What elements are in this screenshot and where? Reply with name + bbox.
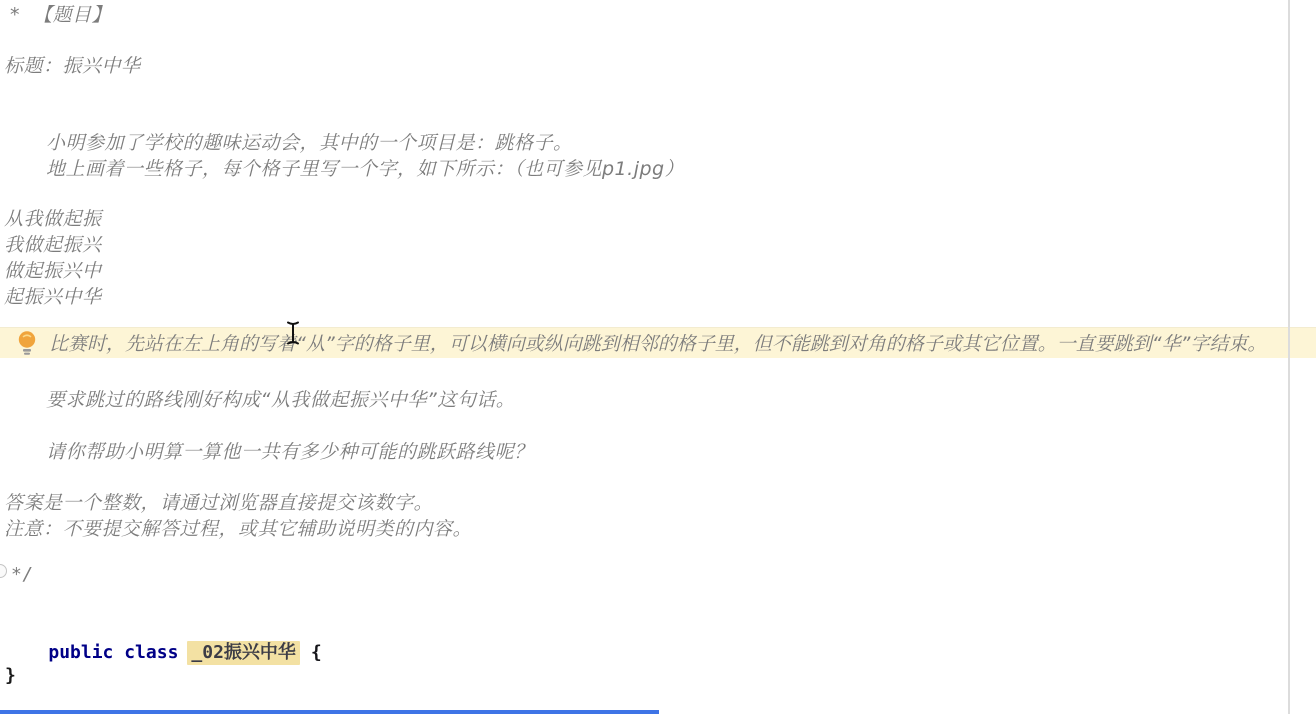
grid-row-2: 我做起振兴 xyxy=(4,233,102,257)
right-margin-guide xyxy=(1288,0,1290,714)
open-brace: { xyxy=(311,642,322,663)
comment-title-line: 标题：振兴中华 xyxy=(4,54,141,78)
class-declaration-line[interactable]: public class_02振兴中华{ xyxy=(5,617,322,685)
intention-bulb-icon[interactable] xyxy=(17,330,37,357)
comment-intro-line-2: 地上画着一些格子，每个格子里写一个字，如下所示：（也可参见p1.jpg） xyxy=(46,157,684,181)
comment-close-line: */ xyxy=(11,563,34,587)
comment-question-line: 请你帮助小明算一算他一共有多少种可能的跳跃路线呢？ xyxy=(46,440,534,464)
text-ibeam-cursor xyxy=(286,321,300,345)
code-editor-surface[interactable]: * 【题目】 标题：振兴中华 小明参加了学校的趣味运动会，其中的一个项目是：跳格… xyxy=(0,0,1316,714)
class-name-identifier: _02振兴中华 xyxy=(187,641,300,665)
progress-bar[interactable] xyxy=(0,710,659,714)
grid-row-1: 从我做起振 xyxy=(4,207,102,231)
folding-marker-icon[interactable] xyxy=(0,564,7,578)
comment-intro-line-1: 小明参加了学校的趣味运动会，其中的一个项目是：跳格子。 xyxy=(46,131,573,155)
comment-header-line: * 【题目】 xyxy=(10,3,111,27)
comment-rule-line: 比赛时，先站在左上角的写着“从”字的格子里，可以横向或纵向跳到相邻的格子里，但不… xyxy=(49,332,1266,356)
comment-note-line-2: 注意：不要提交解答过程，或其它辅助说明类的内容。 xyxy=(4,517,472,541)
grid-row-3: 做起振兴中 xyxy=(4,259,102,283)
keyword-public-class: public class xyxy=(48,642,178,663)
comment-note-line-1: 答案是一个整数，请通过浏览器直接提交该数字。 xyxy=(4,491,433,515)
class-close-brace-line: } xyxy=(5,665,16,686)
grid-row-4: 起振兴中华 xyxy=(4,285,102,309)
comment-requirement-line: 要求跳过的路线刚好构成“从我做起振兴中华”这句话。 xyxy=(46,388,515,412)
